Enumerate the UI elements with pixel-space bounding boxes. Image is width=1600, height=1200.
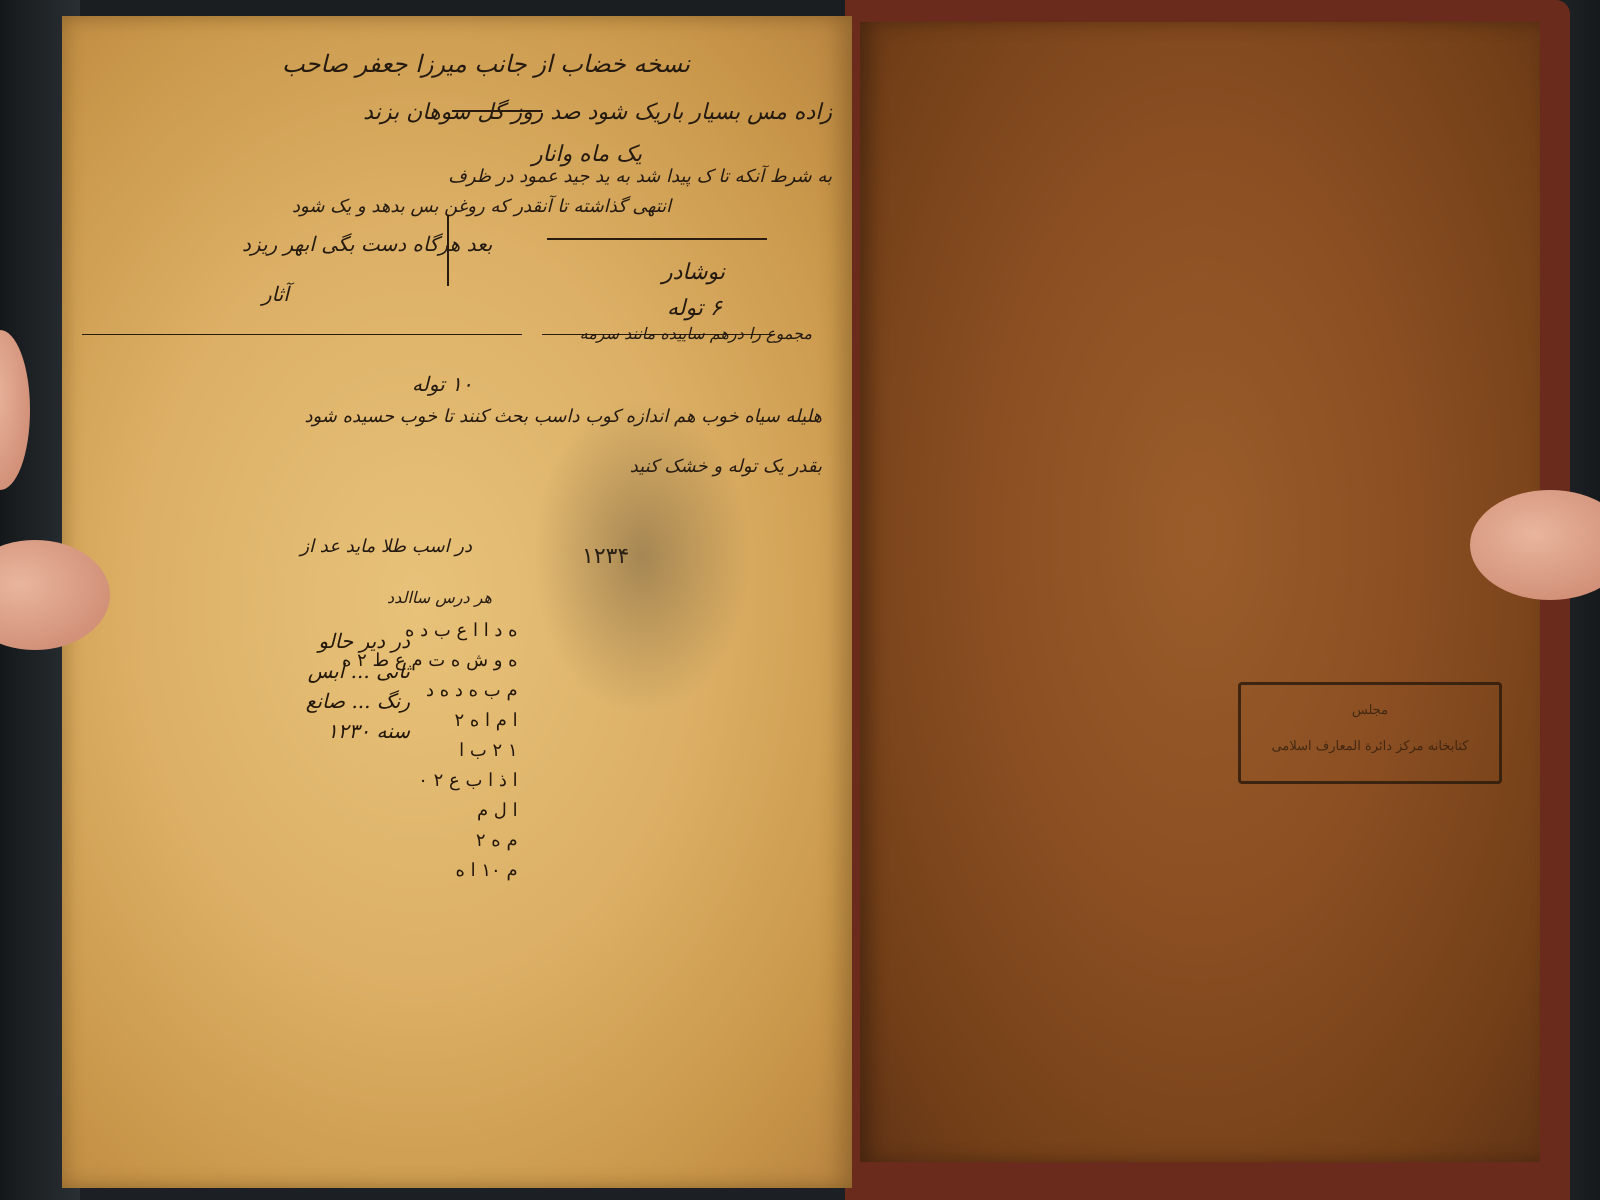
text-line: نوشادر <box>662 260 725 285</box>
text-line: زاده مس بسیار باریک شود صد روز گل سوهان … <box>363 100 832 125</box>
table-row: م ۱۰ ا ه <box>342 856 518 886</box>
table-rule <box>82 334 522 335</box>
table-row: ا ل م <box>342 796 518 826</box>
text-line: آثار <box>262 282 289 306</box>
manuscript-left-page: نسخه خضاب از جانب میرزا جعفر صاحب زاده م… <box>62 16 852 1188</box>
table-row: ا م ا ه ۲ <box>342 706 518 736</box>
text-line: ۶ توله <box>667 296 722 321</box>
stamp-text: کتابخانه مرکز دائرة المعارف اسلامی <box>1241 739 1499 754</box>
text-line: مجموع را درهم ساییده مانند سرمه <box>580 324 812 343</box>
table-row: م ه ۲ <box>342 826 518 856</box>
leather-inner-cover <box>860 22 1540 1162</box>
stamp-text: مجلس <box>1241 703 1499 718</box>
table-divider <box>447 216 449 286</box>
numeric-table: ه د ا ا ع ب د ه ه و ش ه ت م ع ط ۲ ه م ب … <box>342 616 518 886</box>
table-row: ا ذ ا ب ع ۲ ۰ <box>342 766 518 796</box>
table-row: ۱ ۲ ب ا <box>342 736 518 766</box>
text-line: هر درس ساالدد <box>387 588 492 607</box>
table-rule <box>547 238 767 240</box>
text-line: در اسب طلا ماید عد از <box>300 536 472 557</box>
text-line: ۱۰ توله <box>412 372 473 396</box>
text-line: انتهی گذاشته تا آنقدر که روغن بس بدهد و … <box>292 196 671 217</box>
library-stamp: مجلس کتابخانه مرکز دائرة المعارف اسلامی <box>1238 682 1502 784</box>
text-line: یک ماه وانار <box>532 142 642 167</box>
table-row: ه و ش ه ت م ع ط ۲ ه <box>342 646 518 676</box>
ink-smudge <box>532 396 752 716</box>
text-line: به شرط آنکه تا ک پیدا شد به ید جید عمود … <box>448 166 832 187</box>
text-line: بعد هرگاه دست بگی ابهر ریزد <box>242 232 492 256</box>
table-row: م ب ه د ه د <box>342 676 518 706</box>
table-row: ه د ا ا ع ب د ه <box>342 616 518 646</box>
page-heading: نسخه خضاب از جانب میرزا جعفر صاحب <box>282 50 690 78</box>
